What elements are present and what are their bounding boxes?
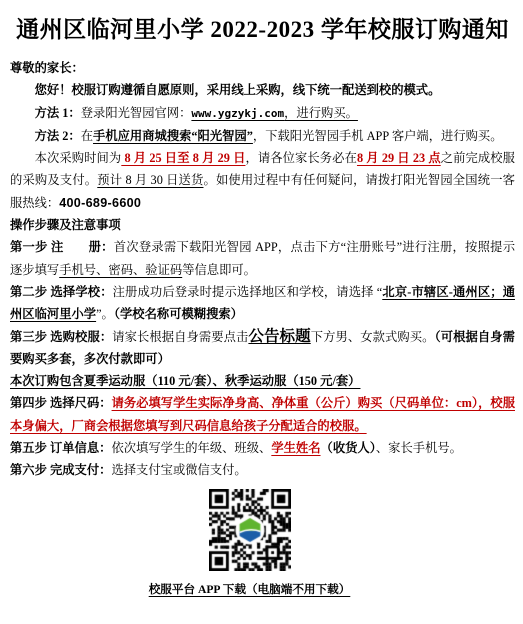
paragraph: 方法 2：在手机应用商城搜索“阳光智园”，下载阳光智园手机 APP 客户端，进行… xyxy=(10,125,515,147)
text-run: 手机号、密码、验证码 xyxy=(59,263,182,277)
text-run: 下方男、女款式购买。 xyxy=(311,330,435,344)
text-run: 第一步 注 册： xyxy=(10,240,114,254)
text-run: （收货人） xyxy=(321,441,376,455)
paragraph: 方法 1：登录阳光智园官网：www.ygzykj.com，进行购买。 xyxy=(10,102,515,125)
text-run: 操作步骤及注意事项 xyxy=(10,218,121,232)
paragraph: 第三步 选购校服：请家长根据自身需要点击公告标题下方男、女款式购买。（可根据自身… xyxy=(10,326,515,371)
text-run: ，下载阳光智园手机 APP 客户端，进行购买。 xyxy=(253,129,503,143)
text-run: 预计 8 月 30 日送货 xyxy=(97,173,203,187)
text-run: 登录阳光智园官网： xyxy=(81,106,192,120)
text-run: 等信息即可。 xyxy=(182,263,256,277)
text-run: 尊敬的家长： xyxy=(10,61,84,75)
document-body: 尊敬的家长：您好！校服订购遵循自愿原则，采用线上采购，线下统一配送到校的模式。方… xyxy=(10,57,515,482)
text-run: 8 月 25 日至 8 月 29 日 xyxy=(121,151,245,165)
text-run: 、家长手机号。 xyxy=(376,441,462,455)
text-run: ”。 xyxy=(96,307,114,321)
document-title: 通州区临河里小学 2022-2023 学年校服订购通知 xyxy=(10,14,515,46)
paragraph: 尊敬的家长： xyxy=(10,57,515,79)
paragraph: 第一步 注 册：首次登录需下载阳光智园 APP，点击下方“注册账号”进行注册，按… xyxy=(10,236,515,281)
paragraph: 第五步 订单信息：依次填写学生的年级、班级、学生姓名（收货人）、家长手机号。 xyxy=(10,437,515,459)
text-run: 请家长根据自身需要点击 xyxy=(112,330,248,344)
text-run: 方法 1： xyxy=(35,106,81,120)
text-run: 8 月 29 日 23 点 xyxy=(357,151,441,165)
paragraph: 本次订购包含夏季运动服（110 元/套）、秋季运动服（150 元/套） xyxy=(10,370,515,392)
qr-caption: 校服平台 APP 下载（电脑端不用下载） xyxy=(0,581,502,597)
paragraph: 第二步 选择学校：注册成功后登录时提示选择地区和学校，请选择 “北京-市辖区-通… xyxy=(10,281,515,326)
paragraph: 您好！校服订购遵循自愿原则，采用线上采购，线下统一配送到校的模式。 xyxy=(10,79,515,101)
document-page: { "colors": { "page_background": "#fffff… xyxy=(0,0,523,624)
text-run: 第五步 订单信息： xyxy=(10,441,111,455)
text-run: 第三步 选购校服： xyxy=(10,330,112,344)
text-run: 您好！校服订购遵循自愿原则，采用线上采购，线下统一配送到校的模式。 xyxy=(35,83,441,97)
paragraph: 第四步 选择尺码：请务必填写学生实际净身高、净体重（公斤）购买（尺码单位：cm）… xyxy=(10,392,515,437)
text-run: 在 xyxy=(81,129,93,143)
text-run: www.ygzykj.com xyxy=(191,107,284,120)
paragraph: 本次采购时间为 8 月 25 日至 8 月 29 日，请各位家长务必在8 月 2… xyxy=(10,147,515,214)
text-run: 第四步 选择尺码： xyxy=(10,396,112,410)
paragraph: 操作步骤及注意事项 xyxy=(10,214,515,236)
text-run: 学生姓名 xyxy=(271,441,320,455)
notice-document: 通州区临河里小学 2022-2023 学年校服订购通知 尊敬的家长：您好！校服订… xyxy=(0,0,523,597)
text-run: 公告标题 xyxy=(248,328,310,345)
text-run: 方法 2： xyxy=(35,129,81,143)
text-run: 选择支付宝或微信支付。 xyxy=(111,463,246,477)
qr-section: 校服平台 APP 下载（电脑端不用下载） xyxy=(0,489,502,597)
text-run: 本次订购包含夏季运动服（110 元/套）、秋季运动服（150 元/套） xyxy=(10,374,360,388)
paragraph: 第六步 完成支付：选择支付宝或微信支付。 xyxy=(10,459,515,481)
text-run: 400-689-6600 xyxy=(59,196,141,210)
text-run: 依次填写学生的年级、班级、 xyxy=(111,441,271,455)
text-run: （学校名称可模糊搜索） xyxy=(114,307,243,321)
text-run: 本次采购时间为 xyxy=(35,151,122,165)
text-run: 第六步 完成支付： xyxy=(10,463,111,477)
qr-code xyxy=(209,489,291,571)
text-run: 注册成功后登录时提示选择地区和学校，请选择 “ xyxy=(113,285,383,299)
text-run: 第二步 选择学校： xyxy=(10,285,113,299)
text-run: 手机应用商城搜索“阳光智园” xyxy=(93,129,253,143)
text-run: ，进行购买。 xyxy=(284,106,358,120)
text-run: ，请各位家长务必在 xyxy=(245,151,357,165)
